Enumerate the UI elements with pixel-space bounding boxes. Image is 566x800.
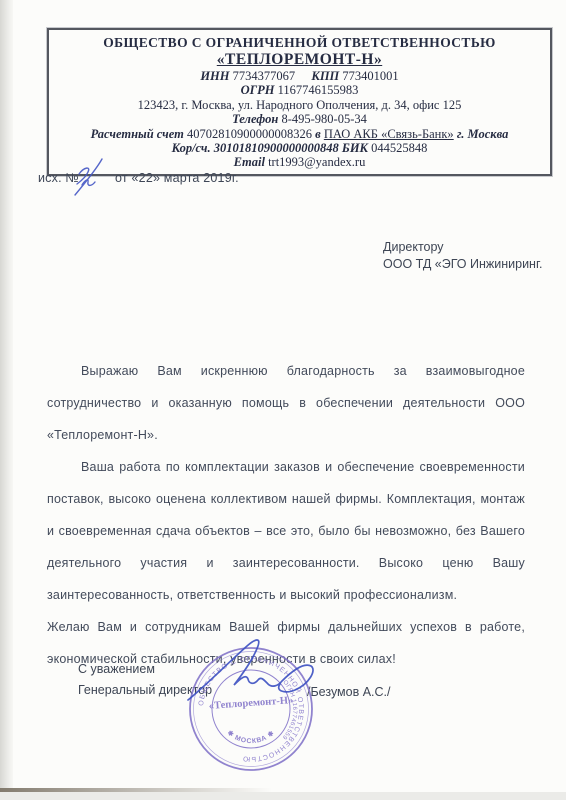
bank-city: г. Москва	[457, 127, 509, 141]
scanned-letter-page: ОБЩЕСТВО С ОГРАНИЧЕННОЙ ОТВЕТСТВЕННОСТЬЮ…	[0, 0, 566, 800]
bik-value: 044525848	[371, 141, 427, 155]
company-type: ОБЩЕСТВО С ОГРАНИЧЕННОЙ ОТВЕТСТВЕННОСТЬЮ	[51, 35, 548, 51]
kpp-label: КПП	[311, 69, 339, 83]
paragraph-2: Ваша работа по комплектации заказов и об…	[47, 451, 525, 611]
addressee-company: ООО ТД «ЭГО Инжиниринг.	[383, 256, 542, 273]
address-line: 123423, г. Москва, ул. Народного Ополчен…	[51, 98, 548, 112]
letter-body: Выражаю Вам искреннюю благодарность за в…	[47, 355, 525, 675]
phone-line: Телефон 8-495-980-05-34	[51, 112, 548, 126]
addressee-title: Директору	[383, 239, 542, 256]
account-line: Расчетный счет 40702810900000008326 в ПА…	[51, 127, 548, 141]
account-value: 40702810900000008326	[187, 127, 312, 141]
account-preposition: в	[315, 127, 321, 141]
corr-value: 30101810900000000848	[214, 141, 339, 155]
scan-edge-left	[0, 0, 13, 790]
inn-kpp-line: ИНН 7734377067 КПП 773401001	[51, 69, 548, 83]
email-line: Email trt1993@yandex.ru	[51, 155, 548, 169]
addressee-block: Директору ООО ТД «ЭГО Инжиниринг.	[383, 239, 542, 272]
account-label: Расчетный счет	[91, 127, 184, 141]
ogrn-value: 1167746155983	[278, 83, 359, 97]
ogrn-line: ОГРН 1167746155983	[51, 83, 548, 97]
bank-name: ПАО АКБ «Связь-Банк»	[324, 127, 454, 141]
phone-value: 8-495-980-05-34	[281, 112, 366, 126]
inn-value: 7734377067	[233, 69, 296, 83]
bik-label: БИК	[342, 141, 368, 155]
kpp-value: 773401001	[342, 69, 398, 83]
director-signature	[175, 634, 327, 708]
reference-suffix: от «22» марта 2019г.	[115, 171, 239, 185]
handwritten-ink-mark	[66, 156, 110, 198]
paragraph-1: Выражаю Вам искреннюю благодарность за в…	[47, 355, 525, 451]
corr-line: Кор/сч. 30101810900000000848 БИК 0445258…	[51, 141, 548, 155]
email-label: Email	[234, 155, 265, 169]
reference-line: исх. №от «22» марта 2019г.	[38, 171, 239, 185]
inn-label: ИНН	[200, 69, 229, 83]
email-value: trt1993@yandex.ru	[268, 155, 365, 169]
corr-label: Кор/сч.	[172, 141, 211, 155]
ogrn-label: ОГРН	[241, 83, 275, 97]
company-name: «ТЕПЛОРЕМОНТ-Н»	[51, 51, 548, 69]
phone-label: Телефон	[232, 112, 278, 126]
stamp-city-text: ✱ МОСКВА ✱	[226, 729, 276, 745]
scan-edge-bottom	[0, 792, 566, 800]
letterhead: ОБЩЕСТВО С ОГРАНИЧЕННОЙ ОТВЕТСТВЕННОСТЬЮ…	[47, 28, 552, 176]
